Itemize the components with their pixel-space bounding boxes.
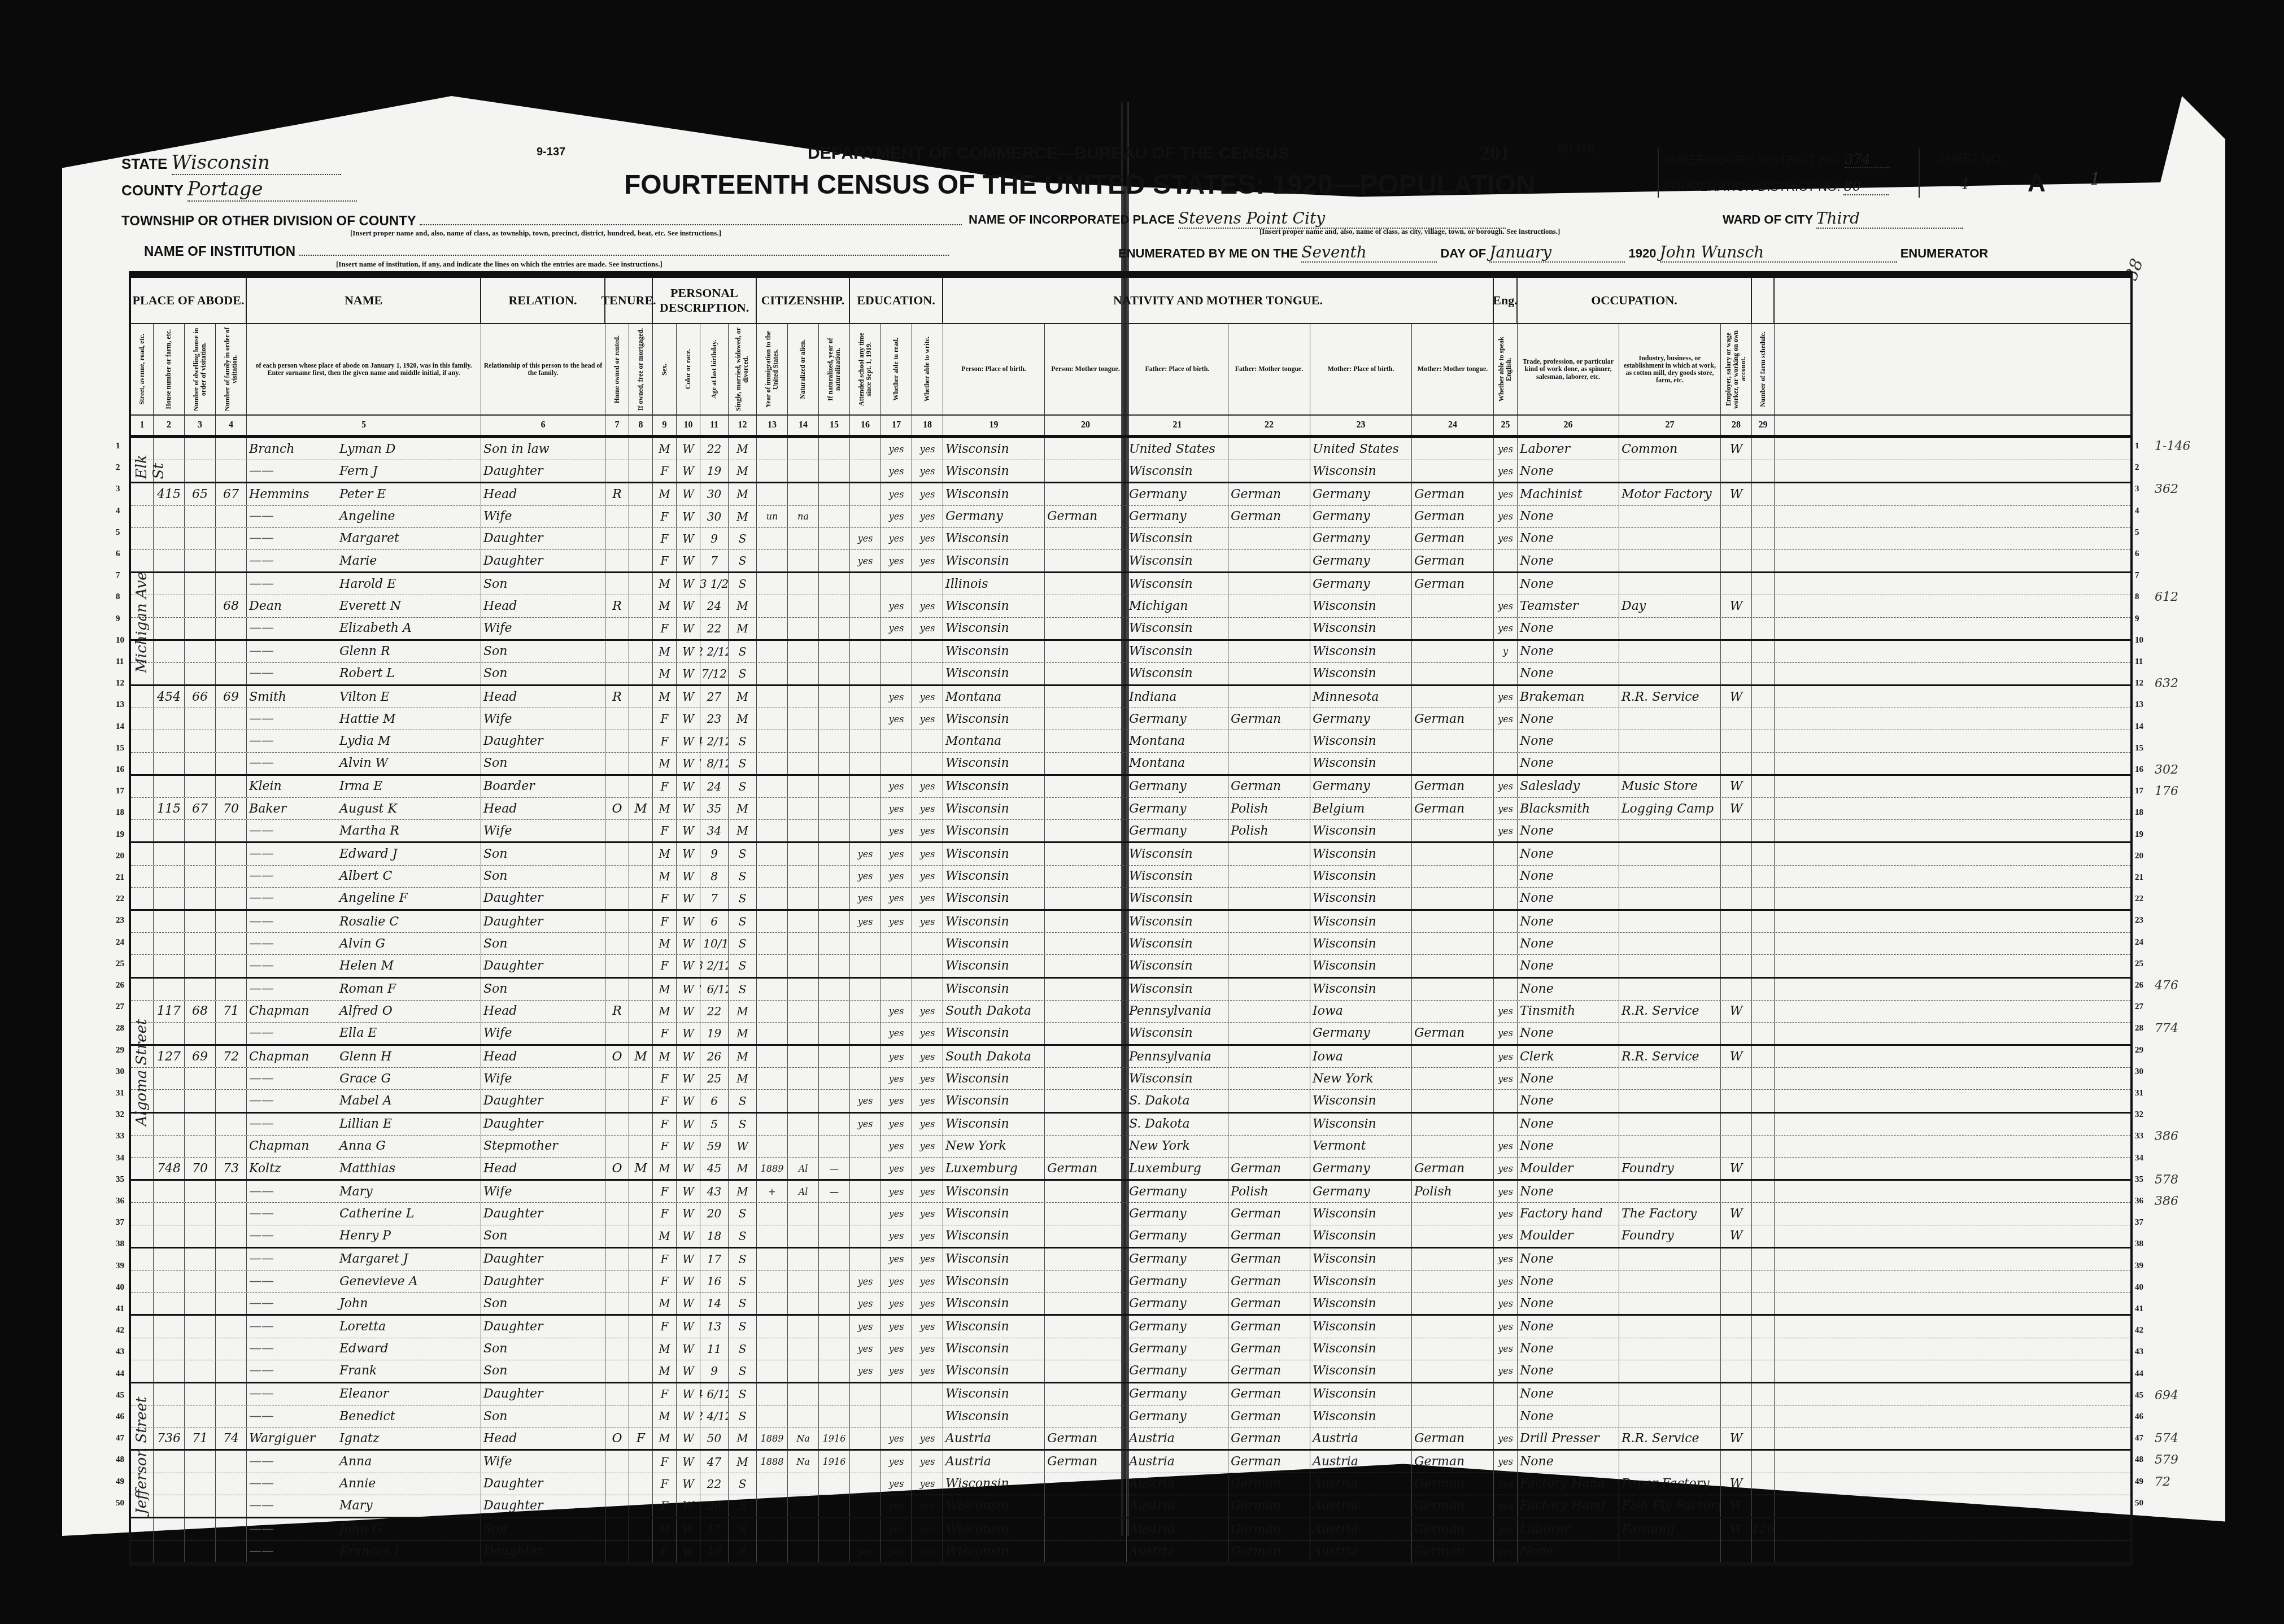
mort-cell [629,1271,653,1292]
mpob-cell: Vermont [1310,1136,1412,1157]
line-number: 3 [2135,484,2139,494]
mpob-cell: Austria [1310,1427,1412,1449]
house-cell [154,843,185,865]
mtongue-cell [1412,933,1494,954]
age-cell: 4 10/12 [700,933,729,954]
rel-cell: Daughter [481,550,605,571]
ind-cell [1619,1405,1721,1427]
ftongue-cell: German [1228,1316,1310,1337]
nat-cell [788,753,819,774]
dwell-cell [185,1293,216,1314]
emp-cell [1721,979,1752,1000]
imm-cell [757,866,788,887]
ftongue-cell [1228,1090,1310,1111]
dwell-cell [185,933,216,954]
emp-cell [1721,1293,1752,1314]
natyr-cell [819,911,850,932]
surname: —— [249,756,339,770]
sch-cell [850,438,881,460]
natyr-cell [819,798,850,819]
own-cell [605,866,629,887]
imm-cell [757,1383,788,1405]
surname: —— [249,915,339,929]
occ-cell: None [1518,1248,1619,1270]
read-cell: yes [881,1114,912,1135]
natyr-cell: — [819,1158,850,1179]
occ-cell: None [1518,573,1619,595]
mtongue-cell: German [1412,1473,1494,1495]
mpob-cell: Austria [1310,1518,1412,1540]
sex-cell: M [653,1158,677,1179]
tongue-cell [1045,460,1127,482]
fam-cell [216,438,247,460]
eng-cell [1494,866,1518,887]
rel-cell: Son [481,1518,605,1540]
house-cell [154,1271,185,1292]
line-number: 31 [116,1089,124,1098]
incorporated-note: [Insert proper name and, also, name of c… [1259,227,1560,236]
sex-cell: M [653,438,677,460]
name-cell: ——Edward J [247,843,481,865]
street-name: Jefferson Street [133,1126,150,1514]
race-cell: W [677,1114,700,1135]
page-stamp: 201 [1480,141,1510,165]
sex-cell: M [653,663,677,684]
line-number: 45 [2135,1391,2143,1400]
street-name: Elk St [133,436,167,479]
name-cell: BakerAugust K [247,798,481,819]
age-cell: 30 [700,483,729,505]
natyr-cell [819,1090,850,1111]
imm-cell [757,888,788,909]
table-row: 4546669SmithVilton EHeadRMW27MyesyesMont… [131,686,2130,708]
eng-cell [1494,1383,1518,1405]
line-number: 28 [2135,1024,2143,1033]
mpob-cell: Wisconsin [1310,888,1412,909]
imm-cell [757,820,788,841]
column-header: Whether able to speak English. [1494,324,1518,414]
own-cell [605,1203,629,1224]
surname: —— [249,937,339,951]
tongue-cell [1045,663,1127,684]
tongue-cell [1045,866,1127,887]
sch-cell: yes [850,866,881,887]
ms-cell: M [729,595,757,617]
mtongue-cell: German [1412,506,1494,527]
table-row: ——John GSonMW17SyesyesWisconsinAustriaGe… [131,1518,2130,1540]
column-header: Color or race. [677,324,700,414]
age-cell: 5 [700,1114,729,1135]
age-cell: 6 [700,1090,729,1111]
farm-cell [1752,1046,1775,1067]
mpob-cell: Belgium [1310,798,1412,819]
ms-cell: S [729,1316,757,1337]
line-number: 36 [116,1197,124,1206]
occ-cell: None [1518,888,1619,909]
rel-cell: Wife [481,618,605,639]
pob-cell: Austria [943,1451,1045,1472]
ms-cell: W [729,1136,757,1157]
emp-cell: W [1721,1473,1752,1495]
race-cell: W [677,1495,700,1517]
fam-cell: 70 [216,798,247,819]
given-name: Martha R [339,824,399,838]
column-group-headers: PLACE OF ABODE.NAMERELATION.TENURE.PERSO… [131,278,2130,324]
name-cell: ——Fern J [247,460,481,482]
surname: —— [249,554,339,568]
edit-code: 72 [2155,1475,2170,1489]
pob-cell: Wisconsin [943,1023,1045,1044]
dwell-cell [185,1451,216,1472]
fpob-cell: Wisconsin [1127,911,1228,932]
fam-cell [216,1383,247,1405]
dwell-cell [185,595,216,617]
farm-cell [1752,618,1775,639]
institution-note: [Insert name of institution, if any, and… [336,260,662,269]
own-cell [605,1316,629,1337]
line-number: 12 [2135,679,2143,688]
ms-cell: M [729,483,757,505]
line-number: 30 [116,1067,124,1077]
emp-cell [1721,460,1752,482]
race-cell: W [677,1158,700,1179]
line-number: 7 [2135,571,2139,580]
house-cell [154,1316,185,1337]
write-cell: yes [912,506,943,527]
table-row: ——MaryWifeFW43M+Al—yesyesWisconsinGerman… [131,1181,2130,1203]
mtongue-cell [1412,979,1494,1000]
edit-code: 1-146 [2155,439,2190,453]
name-cell: ChapmanAlfred O [247,1001,481,1022]
street-cell [131,1540,154,1562]
write-cell: yes [912,1023,943,1044]
name-cell: ——Catherine L [247,1203,481,1224]
tongue-cell [1045,843,1127,865]
table-row: 68DeanEverett NHeadRMW24MyesyesWisconsin… [131,595,2130,617]
write-cell: yes [912,1181,943,1202]
ms-cell: S [729,1114,757,1135]
fpob-cell: Wisconsin [1127,1023,1228,1044]
pob-cell: Wisconsin [943,1495,1045,1517]
natyr-cell [819,820,850,841]
table-row: ——AnnieDaughterFW22SyesyesWisconsinAustr… [131,1473,2130,1495]
given-name: Alvin G [339,937,385,951]
race-cell: W [677,888,700,909]
pob-cell: Wisconsin [943,866,1045,887]
emp-cell: W [1721,686,1752,708]
ftongue-cell [1228,618,1310,639]
table-row: ——JohnSonMW14SyesyesyesWisconsinGermanyG… [131,1293,2130,1316]
age-cell: 6 [700,911,729,932]
farm-cell [1752,528,1775,549]
fam-cell [216,573,247,595]
column-number: 15 [819,416,850,435]
age-cell: 20 [700,1495,729,1517]
ms-cell: S [729,730,757,752]
emp-cell [1721,641,1752,662]
sch-cell: yes [850,1293,881,1314]
write-cell: yes [912,1158,943,1179]
pob-cell: Wisconsin [943,1181,1045,1202]
nat-cell [788,1248,819,1270]
sch-cell: yes [850,528,881,549]
line-number: 20 [2135,852,2143,861]
table-row: ——Henry PSonMW18SyesyesWisconsinGermanyG… [131,1225,2130,1248]
dwell-cell [185,1203,216,1224]
age-cell: 9 [700,528,729,549]
house-cell [154,866,185,887]
given-name: Marie [339,554,377,568]
line-number: 38 [2135,1239,2143,1249]
tongue-cell [1045,798,1127,819]
dwell-cell [185,1023,216,1044]
age-cell: 59 [700,1136,729,1157]
surname: —— [249,1499,339,1513]
farm-cell [1752,438,1775,460]
column-number: 11 [700,416,729,435]
ftongue-cell: German [1228,1540,1310,1562]
own-cell [605,1248,629,1270]
pob-cell: Wisconsin [943,1114,1045,1135]
ms-cell: S [729,1338,757,1360]
given-name: Mary [339,1185,373,1199]
mpob-cell: Germany [1310,708,1412,730]
race-cell: W [677,1293,700,1314]
line-number: 2 [116,463,120,473]
dwell-cell [185,753,216,774]
eng-cell: yes [1494,1540,1518,1562]
sex-cell: M [653,595,677,617]
surname: Dean [249,599,339,613]
line-number: 4 [2135,507,2139,516]
mpob-cell: Germany [1310,550,1412,571]
mpob-cell: Wisconsin [1310,866,1412,887]
column-number: 28 [1721,416,1752,435]
house-cell [154,888,185,909]
imm-cell [757,595,788,617]
age-cell: 45 [700,1158,729,1179]
race-cell: W [677,506,700,527]
read-cell [881,663,912,684]
imm-cell [757,1225,788,1247]
edit-code: 362 [2155,482,2178,496]
dwell-cell: 66 [185,686,216,708]
column-number: 1 [131,416,154,435]
rel-cell: Head [481,1158,605,1179]
sex-cell: M [653,686,677,708]
mtongue-cell: German [1412,528,1494,549]
line-number: 22 [2135,894,2143,904]
imm-cell [757,1114,788,1135]
line-number: 42 [116,1326,124,1335]
rel-cell: Wife [481,506,605,527]
nat-cell [788,483,819,505]
column-number: 10 [677,416,700,435]
given-name: Peter E [339,487,386,501]
table-row: 4156567HemminsPeter EHeadRMW30MyesyesWis… [131,483,2130,505]
surname: —— [249,1364,339,1378]
mtongue-cell [1412,686,1494,708]
tongue-cell [1045,595,1127,617]
ward-field: WARD OF CITY Third [1723,209,1963,229]
ftongue-cell: German [1228,1203,1310,1224]
ftongue-cell: German [1228,1248,1310,1270]
supervisor-district-value: 374 [1845,151,1890,168]
mort-cell [629,528,653,549]
pob-cell: Wisconsin [943,550,1045,571]
natyr-cell [819,1405,850,1427]
given-name: Roman F [339,982,396,996]
eng-cell: yes [1494,1427,1518,1449]
line-number: 11 [116,657,124,667]
house-cell [154,955,185,976]
surname: —— [249,1026,339,1040]
read-cell [881,573,912,595]
house-cell [154,1203,185,1224]
house-cell [154,663,185,684]
ftongue-cell [1228,686,1310,708]
rel-cell: Head [481,1001,605,1022]
fpob-cell: Wisconsin [1127,888,1228,909]
sex-cell: M [653,933,677,954]
tongue-cell: German [1045,1427,1127,1449]
nat-cell [788,438,819,460]
age-cell: 22 [700,1473,729,1495]
sex-cell: F [653,1068,677,1089]
natyr-cell: — [819,1181,850,1202]
table-row: 1156770BakerAugust KHeadOMMW35MyesyesWis… [131,798,2130,820]
mtongue-cell [1412,730,1494,752]
line-number: 36 [2135,1197,2143,1206]
mpob-cell: Austria [1310,1473,1412,1495]
rel-cell: Son [481,1405,605,1427]
natyr-cell [819,1316,850,1337]
house-cell [154,573,185,595]
imm-cell [757,1248,788,1270]
write-cell: yes [912,1001,943,1022]
eng-cell: yes [1494,1451,1518,1472]
read-cell: yes [881,1518,912,1540]
sch-cell: yes [850,1338,881,1360]
sch-cell [850,798,881,819]
mpob-cell: New York [1310,1068,1412,1089]
nat-cell [788,641,819,662]
ms-cell: S [729,1405,757,1427]
fam-cell [216,1225,247,1247]
ms-cell: S [729,866,757,887]
read-cell: yes [881,1316,912,1337]
read-cell: yes [881,820,912,841]
sex-cell: F [653,1114,677,1135]
age-cell: 23 [700,708,729,730]
table-row: ——EdwardSonMW11SyesyesyesWisconsinGerman… [131,1338,2130,1360]
sch-cell: yes [850,1114,881,1135]
read-cell: yes [881,1068,912,1089]
dwell-cell [185,1316,216,1337]
rel-cell: Son [481,1225,605,1247]
sch-cell [850,1046,881,1067]
column-group-header: PERSONAL DESCRIPTION. [653,278,757,323]
farm-cell [1752,1225,1775,1247]
line-number: 13 [2135,700,2143,710]
occ-cell: Moulder [1518,1158,1619,1179]
race-cell: W [677,663,700,684]
sheet-label: SHEET NO. [1937,151,2004,166]
sch-cell [850,1427,881,1449]
given-name: Lillian E [339,1117,392,1131]
age-cell: 34 [700,820,729,841]
house-cell [154,820,185,841]
name-cell: ——Mary [247,1181,481,1202]
ms-cell: M [729,708,757,730]
fpob-cell: Montana [1127,753,1228,774]
column-number: 16 [850,416,881,435]
state-field: STATE Wisconsin [121,151,341,175]
emp-cell [1721,528,1752,549]
house-cell [154,1495,185,1517]
sex-cell: F [653,618,677,639]
own-cell [605,1451,629,1472]
fam-cell [216,979,247,1000]
own-cell: O [605,1046,629,1067]
eng-cell: yes [1494,1473,1518,1495]
tongue-cell [1045,1181,1127,1202]
sex-cell: F [653,460,677,482]
table-row: ChapmanAnna GStepmotherFW59WyesyesNew Yo… [131,1136,2130,1158]
eng-cell [1494,753,1518,774]
write-cell: yes [912,1203,943,1224]
column-number: 8 [629,416,653,435]
column-header: If owned, free or mortgaged. [629,324,653,414]
race-cell: W [677,1090,700,1111]
farm-cell [1752,888,1775,909]
page-title: FOURTEENTH CENSUS OF THE UNITED STATES: … [624,169,1535,200]
ind-cell [1619,1271,1721,1292]
given-name: Helen M [339,959,394,973]
race-cell: W [677,1518,700,1540]
ms-cell: S [729,1203,757,1224]
house-cell [154,1136,185,1157]
tongue-cell [1045,528,1127,549]
mort-cell: M [629,1158,653,1179]
own-cell [605,1068,629,1089]
emp-cell: W [1721,1427,1752,1449]
imm-cell [757,460,788,482]
sch-cell: yes [850,1540,881,1562]
sex-cell: F [653,1495,677,1517]
surname: —— [249,734,339,748]
race-cell: W [677,1540,700,1562]
rel-cell: Son [481,979,605,1000]
imm-cell [757,753,788,774]
imm-cell [757,1495,788,1517]
eng-cell: yes [1494,1023,1518,1044]
column-header: Mother: Mother tongue. [1412,324,1494,414]
write-cell: yes [912,1248,943,1270]
ms-cell: S [729,1383,757,1405]
mort-cell [629,1090,653,1111]
given-name: Eleanor [339,1387,389,1401]
eng-cell [1494,933,1518,954]
imm-cell [757,911,788,932]
nat-cell [788,1360,819,1382]
natyr-cell [819,866,850,887]
ftongue-cell: German [1228,1383,1310,1405]
fam-cell [216,506,247,527]
write-cell: yes [912,460,943,482]
race-cell: W [677,1405,700,1427]
table-body: BranchLyman DSon in lawMW22MyesyesWiscon… [131,438,2130,1564]
